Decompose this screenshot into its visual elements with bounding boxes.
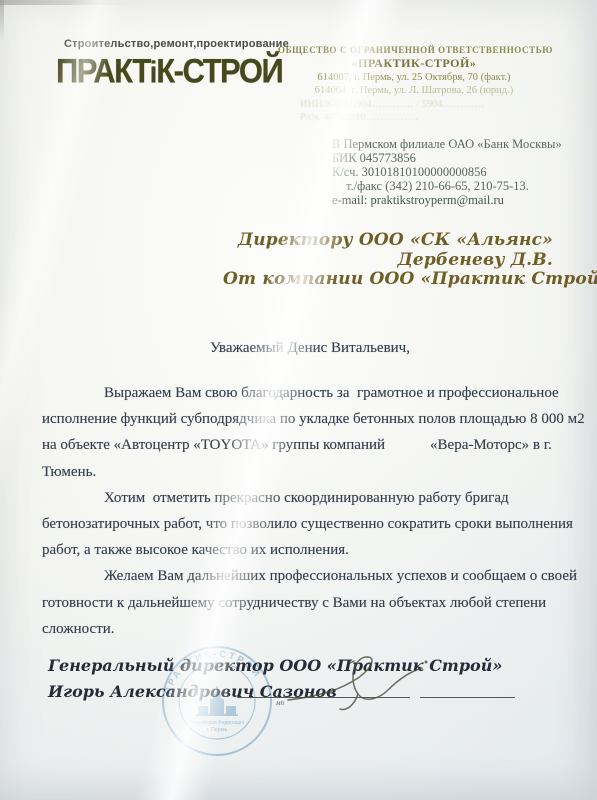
company-inn-kpp: ИНН/КПП 5904………… / 5904………… bbox=[278, 98, 550, 111]
bank-details-block: В Пермском филиале ОАО «Банк Москвы» БИК… bbox=[332, 137, 592, 207]
signature-title: Генеральный директор ООО «Практик Строй» bbox=[48, 656, 502, 675]
sender-company: От компании ООО «Практик Строй» bbox=[223, 270, 553, 290]
logo-suffix: К-СТРОЙ bbox=[156, 51, 282, 90]
bank-corr-account-line: К/сч. 30101810100000000856 bbox=[332, 165, 592, 179]
body-line: работ, а также высокое качество их испол… bbox=[42, 537, 562, 563]
company-info-block: ОБЩЕСТВО С ОГРАНИЧЕННОЙ ОТВЕТСТВЕННОСТЬЮ… bbox=[278, 44, 550, 124]
company-name: «ПРАКТИК-СТРОЙ» bbox=[278, 57, 550, 70]
scanned-letter: ПРАКТИК-СТРОЙ Российская Федерация г. Пе… bbox=[0, 0, 597, 800]
phone-fax-line: т./факс (342) 210-66-65, 210-75-13. bbox=[332, 179, 592, 193]
company-logo: ПРАКТіК-СТРОЙ bbox=[56, 51, 282, 91]
company-address-legal: 614064, г. Пермь, ул. Л. Шатрова, 26 (юр… bbox=[278, 84, 550, 97]
scan-edge-artifact-left bbox=[0, 0, 4, 42]
letter-body: Выражаем Вам свою благодарность за грамо… bbox=[42, 380, 562, 642]
body-paragraph: Выражаем Вам свою благодарность за грамо… bbox=[42, 380, 562, 485]
email-line: e-mail: praktikstroyperm@mail.ru bbox=[332, 193, 592, 207]
body-line: Тюмень. bbox=[42, 459, 562, 485]
scan-edge-artifact-top bbox=[0, 0, 130, 5]
addressee-position: Директору ООО «СК «Альянс» bbox=[223, 231, 553, 251]
handwritten-signature bbox=[280, 650, 430, 712]
addressee-block: Директору ООО «СК «Альянс» Дербеневу Д.В… bbox=[223, 231, 553, 290]
salutation: Уважаемый Денис Витальевич, bbox=[210, 340, 410, 357]
stamp-center-text-country: Российская Федерация bbox=[190, 719, 245, 726]
company-legal-form: ОБЩЕСТВО С ОГРАНИЧЕННОЙ ОТВЕТСТВЕННОСТЬЮ bbox=[278, 44, 550, 57]
body-line: Выражаем Вам свою благодарность за грамо… bbox=[42, 380, 562, 406]
body-line: бетонозатирочных работ, что позволило су… bbox=[42, 511, 562, 537]
body-line: Желаем Вам дальнейших профессиональных у… bbox=[42, 563, 562, 589]
body-line: готовности к дальнейшему сотрудничеству … bbox=[42, 590, 562, 616]
body-line: на объекте «Автоцентр «TOYOTA» группы ко… bbox=[42, 432, 562, 458]
signature-underline-2 bbox=[420, 697, 515, 698]
bank-bik-line: БИК 045773856 bbox=[332, 151, 592, 165]
body-line: исполнение функций субподрядчика по укла… bbox=[42, 406, 562, 432]
body-line: Хотим отметить прекрасно скоординированн… bbox=[42, 485, 562, 511]
body-paragraph: Хотим отметить прекрасно скоординированн… bbox=[42, 485, 562, 564]
company-account: Р/сч. 40702810…………… bbox=[278, 111, 550, 124]
body-line: сложности. bbox=[42, 616, 562, 642]
company-tagline: Строительство,ремонт,проектирование bbox=[64, 38, 289, 50]
stamp-center-text-city: г. Пермь bbox=[206, 727, 227, 733]
company-address-fact: 614007, г. Пермь, ул. 25 Октября, 70 (фа… bbox=[278, 71, 550, 84]
logo-prefix: ПРАКТ bbox=[56, 51, 150, 90]
bank-name-line: В Пермском филиале ОАО «Банк Москвы» bbox=[332, 137, 592, 151]
addressee-name: Дербеневу Д.В. bbox=[223, 251, 553, 271]
body-paragraph: Желаем Вам дальнейших профессиональных у… bbox=[42, 563, 562, 642]
